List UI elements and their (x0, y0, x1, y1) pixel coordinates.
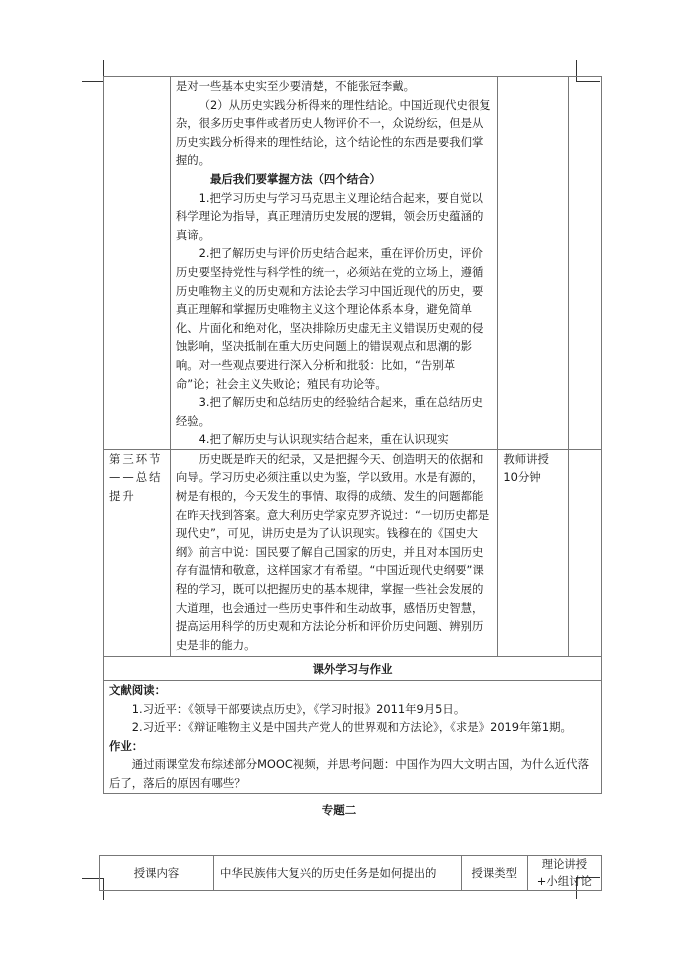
homework-section-title: 课外学习与作业 (104, 657, 602, 681)
homework-text: 通过雨课堂发布综述部分MOOC视频，并思考问题：中国作为四大文明古国，为什么近代… (109, 755, 596, 792)
reading-item: 1.习近平：《领导干部要读点历史》，《学习时报》2011年9月5日。 (109, 700, 596, 719)
table-row-stage3: 第三环节——总结提升 历史既是昨天的纪录，又是把握今天、创造明天的依据和向导。学… (104, 449, 602, 657)
reading-label: 文献阅读： (109, 681, 596, 700)
content-value: 中华民族伟大复兴的历史任务是如何提出的 (213, 856, 461, 891)
paragraph: 历史既是昨天的纪录，又是把握今天、创造明天的依据和向导。学习历史必须注重以史为鉴… (176, 450, 493, 655)
content-label: 授课内容 (100, 856, 214, 891)
table-row-homework-title: 课外学习与作业 (104, 657, 602, 681)
paragraph: 1.把学习历史与学习马克思主义理论结合起来，要自觉以科学理论为指导，真正理清历史… (176, 189, 493, 245)
homework-label: 作业： (109, 737, 596, 756)
type-value: 理论讲授+小组讨论 (527, 856, 601, 891)
homework-cell: 文献阅读： 1.习近平：《领导干部要读点历史》，《学习时报》2011年9月5日。… (104, 681, 602, 794)
paragraph: 3.把了解历史和总结历史的经验结合起来，重在总结历史经验。 (176, 393, 493, 430)
crop-mark-top-left-h (82, 81, 104, 82)
topic-row: 授课内容 中华民族伟大复兴的历史任务是如何提出的 授课类型 理论讲授+小组讨论 (100, 856, 602, 891)
method-cell: 教师讲授 10分钟 (498, 449, 569, 657)
teaching-method: 教师讲授 (503, 450, 563, 469)
method-cell-empty (498, 77, 569, 450)
topic-table: 授课内容 中华民族伟大复兴的历史任务是如何提出的 授课类型 理论讲授+小组讨论 (99, 855, 602, 891)
section-heading: 专题二 (0, 802, 678, 818)
duration: 10分钟 (503, 468, 563, 487)
content-cell: 是对一些基本史实至少要清楚，不能张冠李戴。 （2）从历史实践分析得来的理性结论。… (170, 77, 498, 450)
type-label: 授课类型 (461, 856, 527, 891)
notes-cell-empty (569, 77, 602, 450)
paragraph-heading: 最后我们要掌握方法（四个结合） (176, 170, 493, 189)
notes-cell-empty (569, 449, 602, 657)
paragraph: 2.把了解历史与评价历史结合起来，重在评价历史，评价历史要坚持党性与科学性的统一… (176, 244, 493, 393)
paragraph: （2）从历史实践分析得来的理性结论。中国近现代史很复杂，很多历史事件或者历史人物… (176, 96, 493, 170)
paragraph: 是对一些基本史实至少要清楚，不能张冠李戴。 (176, 77, 493, 96)
table-row-continued: 是对一些基本史实至少要清楚，不能张冠李戴。 （2）从历史实践分析得来的理性结论。… (104, 77, 602, 450)
stage-label-cell: 第三环节——总结提升 (104, 449, 171, 657)
table-row-homework: 文献阅读： 1.习近平：《领导干部要读点历史》，《学习时报》2011年9月5日。… (104, 681, 602, 794)
stage-label: 第三环节——总结提升 (109, 452, 163, 503)
lesson-plan-table: 是对一些基本史实至少要清楚，不能张冠李戴。 （2）从历史实践分析得来的理性结论。… (103, 76, 602, 794)
content-cell: 历史既是昨天的纪录，又是把握今天、创造明天的依据和向导。学习历史必须注重以史为鉴… (170, 449, 498, 657)
reading-item: 2.习近平：《辩证唯物主义是中国共产党人的世界观和方法论》，《求是》2019年第… (109, 718, 596, 737)
stage-cell-empty (104, 77, 171, 450)
paragraph: 4.把了解历史与认识现实结合起来，重在认识现实 (176, 430, 493, 449)
